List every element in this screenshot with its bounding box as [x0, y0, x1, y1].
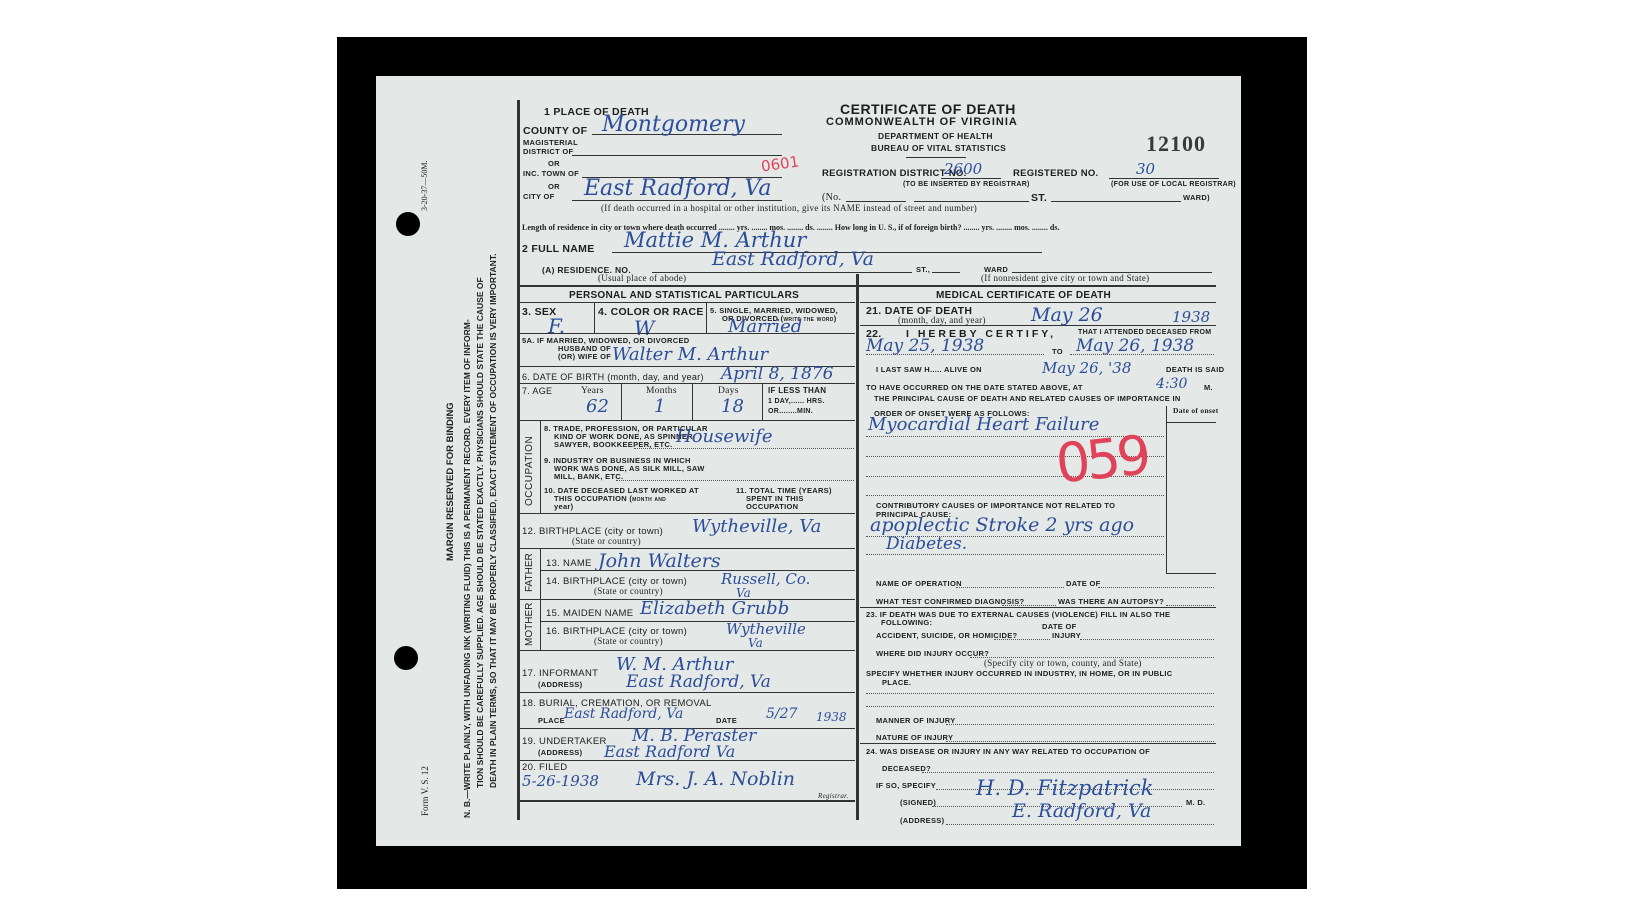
onset-column-divider [1166, 406, 1167, 574]
manner-label: MANNER OF INJURY [876, 716, 956, 725]
age-days-label: Days [718, 386, 739, 396]
registered-number-note: (FOR USE OF LOCAL REGISTRAR) [1111, 181, 1236, 188]
section-divider [519, 285, 1216, 287]
county-value: Montgomery [602, 112, 745, 137]
age-years-label: Years [581, 386, 604, 396]
residence-st-label: ST., [916, 265, 930, 274]
abode-note: (Usual place of abode) [598, 273, 686, 283]
death-date-sublabel: (month, day, and year) [898, 315, 986, 325]
certificate-number: 12100 [1146, 131, 1206, 157]
physician-address-value: E. Radford, Va [1012, 800, 1151, 822]
undertaker-line [519, 760, 855, 761]
bureau-label: BUREAU OF VITAL STATISTICS [871, 143, 1006, 153]
autopsy-label: WAS THERE AN AUTOPSY? [1058, 597, 1164, 606]
city-label: CITY OF [523, 192, 555, 201]
or-label-1: OR [548, 159, 560, 168]
registration-district-note: (TO BE INSERTED BY REGISTRAR) [903, 181, 1030, 188]
row3-line [519, 333, 855, 334]
death-said-label: DEATH IS SAID [1166, 365, 1224, 374]
last-worked-label-3: year) [554, 502, 573, 511]
age-days-value: 18 [721, 396, 744, 417]
residence-line [652, 272, 912, 273]
dob-label: 6. DATE OF BIRTH (month, day, and year) [522, 372, 704, 382]
ward-line [1051, 201, 1181, 202]
birthplace-line [519, 548, 855, 549]
age-line [519, 420, 855, 421]
attended-from-value: May 25, 1938 [866, 336, 984, 356]
specify-label-1: SPECIFY WHETHER INJURY OCCURRED IN INDUS… [866, 669, 1173, 678]
spouse-label-3: (OR) WIFE OF [558, 352, 611, 361]
contributory-cause-1: apoplectic Stroke 2 yrs ago [870, 514, 1134, 536]
certify-tail: THAT I ATTENDED DECEASED FROM [1078, 329, 1211, 336]
spouse-value: Walter M. Arthur [612, 344, 768, 365]
operation-date-label: DATE OF [1066, 579, 1100, 588]
street-name-line [914, 201, 1029, 202]
father-side-label: FATHER [524, 553, 535, 592]
related-label-1: 24. WAS DISEASE OR INJURY IN ANY WAY REL… [866, 747, 1150, 756]
mother-side-divider [540, 600, 541, 650]
age-divider-1 [621, 384, 622, 420]
attended-to-value: May 26, 1938 [1076, 336, 1194, 356]
magisterial-label-2: DISTRICT OF [523, 147, 573, 156]
personal-section-title: PERSONAL AND STATISTICAL PARTICULARS [569, 290, 799, 301]
death-date-line [860, 325, 1216, 326]
undertaker-address-value: East Radford Va [604, 742, 735, 761]
accident-line [994, 639, 1050, 640]
time-value: 4:30 [1156, 376, 1187, 392]
trade-value: Housewife [676, 426, 773, 447]
registrar-label: Registrar. [818, 792, 848, 800]
specify-line-2 [866, 706, 1214, 707]
signed-value: H. D. Fitzpatrick [976, 776, 1154, 800]
medical-title-line [860, 302, 1216, 303]
mother-birthplace-value: Wytheville [726, 620, 806, 638]
inc-town-label: INC. TOWN OF [523, 169, 579, 178]
mother-maiden-line [541, 621, 855, 622]
filed-date-value: 5-26-1938 [522, 772, 599, 790]
external-label-2: FOLLOWING: [881, 618, 932, 627]
registered-number-value: 30 [1136, 160, 1155, 178]
attended-from-line [866, 354, 1044, 355]
dob-line [519, 383, 855, 384]
cause-red-code: 059 [1053, 423, 1150, 495]
registered-number-line [1109, 178, 1219, 179]
nature-line-solid [860, 743, 1216, 744]
specify-label-2: PLACE. [882, 678, 911, 687]
occupation-side-label: OCCUPATION [524, 436, 535, 506]
cause-line-4 [866, 495, 1164, 496]
street-label: ST. [1031, 192, 1047, 204]
operation-line [956, 587, 1064, 588]
occupation-side-divider [540, 421, 541, 513]
filed-registrar-value: Mrs. J. A. Noblin [636, 768, 795, 790]
print-code: 3-20-37—50M. [420, 161, 429, 211]
age-label: 7. AGE [522, 386, 552, 396]
father-name-label: 13. NAME [546, 558, 592, 569]
street-no-label: (No. [822, 192, 841, 203]
industry-label-3: MILL, BANK, ETC. [554, 472, 623, 481]
informant-address-label: (ADDRESS) [538, 680, 582, 689]
father-side-divider [540, 549, 541, 599]
informant-address-value: East Radford, Va [626, 672, 771, 692]
mother-maiden-label: 15. MAIDEN NAME [546, 608, 633, 619]
undertaker-label: 19. UNDERTAKER [522, 736, 607, 747]
nature-label: NATURE OF INJURY [876, 733, 953, 742]
form-left-border [517, 100, 520, 820]
color-divider [706, 303, 707, 333]
birthplace-value: Wytheville, Va [692, 516, 821, 537]
instruction-line-2: TION SHOULD BE CAREFULLY SUPPLIED. AGE S… [475, 277, 485, 788]
specify-line [866, 693, 1214, 694]
attended-to-line [1070, 354, 1214, 355]
magisterial-label-1: MAGISTERIAL [523, 138, 578, 147]
to-label: TO [1052, 347, 1063, 356]
place-red-code: 0601 [760, 152, 800, 175]
undertaker-address-label: (ADDRESS) [538, 748, 582, 757]
center-divider [856, 274, 859, 820]
burial-place-value: East Radford, Va [564, 706, 683, 722]
informant-line [519, 692, 855, 693]
filed-line [519, 800, 855, 802]
department-label: DEPARTMENT OF HEALTH [878, 131, 993, 141]
contributory-cause-2: Diabetes. [886, 534, 967, 554]
full-name-label: 2 FULL NAME [522, 243, 595, 255]
registration-district-line [941, 178, 1001, 179]
age-months-value: 1 [654, 396, 665, 417]
hospital-note: (If death occurred in a hospital or othe… [601, 203, 977, 213]
form-number: Form V. S. 12 [420, 766, 430, 816]
personal-title-line [519, 302, 855, 303]
burial-year-value: 1938 [816, 710, 847, 724]
binding-hole-top [396, 212, 420, 236]
onset-header: Date of onset [1173, 406, 1219, 415]
informant-label: 17. INFORMANT [522, 668, 598, 679]
father-birthplace-sublabel: (State or country) [594, 586, 663, 596]
city-value: East Radford, Va [584, 176, 772, 201]
burial-date-value: 5/27 [766, 706, 797, 722]
age-divider-2 [692, 384, 693, 420]
age-years-value: 62 [586, 396, 609, 417]
death-year-value: 1938 [1172, 308, 1210, 326]
related-line [922, 772, 1214, 773]
occurred-label: TO HAVE OCCURRED ON THE DATE STATED ABOV… [866, 383, 1083, 392]
test-line-solid [860, 607, 1216, 608]
trade-dotted-line [634, 448, 854, 449]
last-saw-label: I LAST SAW H..... ALIVE ON [876, 365, 982, 374]
industry-dotted-line [616, 480, 854, 481]
county-label: COUNTY OF [523, 125, 587, 137]
mother-birthplace-state: Va [748, 636, 763, 650]
ward-label: WARD) [1183, 193, 1210, 202]
if-so-label: IF SO, SPECIFY [876, 781, 936, 790]
sex-divider [594, 303, 595, 333]
less-than-label-3: OR........MIN. [768, 408, 813, 415]
manner-line [946, 724, 1214, 725]
test-line [1002, 605, 1056, 606]
binding-note: MARGIN RESERVED FOR BINDING [445, 402, 456, 561]
street-no-line [846, 201, 906, 202]
address-line [946, 824, 1214, 825]
nature-line [946, 741, 1214, 742]
injury-label: INJURY [1052, 631, 1081, 640]
registration-district-value: 2600 [944, 160, 982, 178]
age-months-label: Months [646, 386, 677, 396]
autopsy-line [1166, 605, 1214, 606]
certificate-title: CERTIFICATE OF DEATH [840, 101, 1016, 117]
header-underline [906, 157, 966, 158]
birthplace-sublabel: (State or country) [572, 536, 641, 546]
onset-header-line [1167, 422, 1216, 423]
certificate-paper: Form V. S. 12 3-20-37—50M. MARGIN RESERV… [376, 76, 1241, 846]
sex-value: F. [548, 314, 565, 338]
mother-side-label: MOTHER [524, 603, 535, 646]
nonresident-note: (If nonresident give city or town and St… [981, 273, 1149, 283]
age-divider-3 [762, 384, 763, 420]
time-suffix: M. [1204, 383, 1213, 392]
where-sublabel: (Specify city or town, county, and State… [984, 658, 1142, 668]
medical-section-title: MEDICAL CERTIFICATE OF DEATH [936, 290, 1111, 301]
burial-place-label: PLACE [538, 716, 565, 725]
burial-date-label: DATE [716, 716, 737, 725]
date-of-label: DATE OF [1042, 622, 1076, 631]
total-time-label-3: OCCUPATION [746, 502, 798, 511]
contributory-label-1: CONTRIBUTORY CAUSES OF IMPORTANCE NOT RE… [876, 501, 1115, 510]
last-saw-value: May 26, '38 [1042, 359, 1131, 377]
less-than-label-1: IF LESS THAN [768, 386, 826, 395]
signed-label: (SIGNED) [900, 798, 936, 807]
mother-line [519, 650, 855, 651]
instruction-line-3: DEATH IN PLAIN TERMS, SO THAT IT MAY BE … [488, 254, 498, 788]
or-label-2: OR [548, 182, 560, 191]
registered-number-label: REGISTERED NO. [1013, 168, 1099, 179]
operation-label: NAME OF OPERATION [876, 579, 962, 588]
operation-date-line [1098, 587, 1214, 588]
residence-value: East Radford, Va [712, 248, 874, 270]
less-than-label-2: 1 DAY,...... HRS. [768, 398, 825, 405]
instruction-line-1: N. B.—WRITE PLAINLY, WITH UNFADING INK (… [462, 319, 472, 818]
dob-value: April 8, 1876 [721, 364, 833, 384]
mother-birthplace-sublabel: (State or country) [594, 636, 663, 646]
magisterial-line [572, 155, 782, 156]
contributory-bottom-line [1166, 573, 1216, 574]
occupation-line [519, 513, 855, 514]
address-label: (ADDRESS) [900, 816, 944, 825]
cause-label-1: THE PRINCIPAL CAUSE OF DEATH AND RELATED… [874, 394, 1181, 403]
death-date-value: May 26 [1031, 304, 1103, 326]
certificate-subtitle: COMMONWEALTH OF VIRGINIA [826, 116, 1018, 128]
father-birthplace-value: Russell, Co. [721, 570, 810, 588]
contributory-line-2 [866, 554, 1164, 555]
binding-hole-bottom [394, 646, 418, 670]
father-name-value: John Walters [598, 550, 721, 572]
injury-line [1080, 639, 1214, 640]
mother-maiden-value: Elizabeth Grubb [640, 598, 789, 619]
residence-st-line [932, 272, 960, 273]
md-label: M. D. [1186, 798, 1205, 807]
